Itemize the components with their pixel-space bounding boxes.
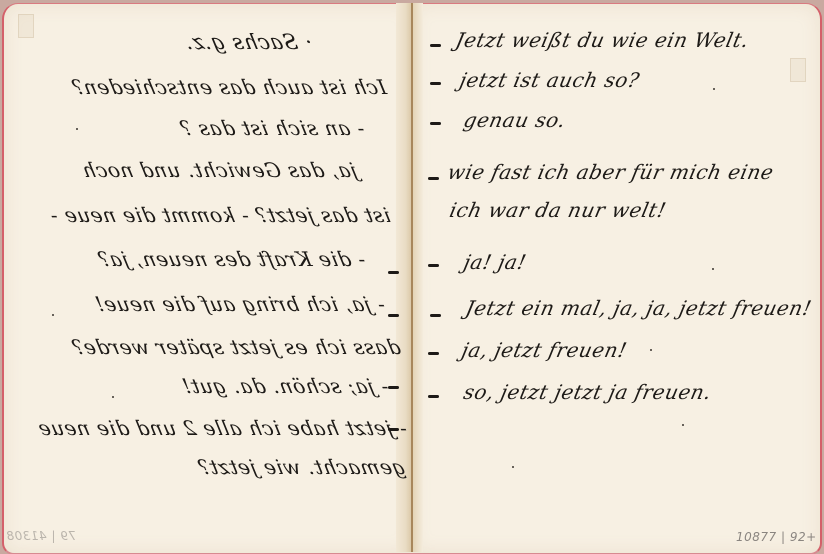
right-dash-4 [428,177,439,180]
gutter-shadow-right [413,3,423,552]
right-dash-8 [428,352,439,355]
ink-speck [713,88,715,90]
left-dash-6 [388,271,399,274]
left-dash-9 [388,386,399,389]
left-line-6: - die Kraft des neuen, ja? [95,247,367,271]
left-line-10: - jetzt habe ich alle 2 und die neue [35,416,409,440]
right-dash-6 [428,264,439,267]
right-line-2: jetzt ist auch so? [457,68,641,92]
right-dash-9 [428,395,439,398]
right-line-3: genau so. [461,108,568,132]
right-dash-1 [430,44,441,47]
archive-number-left: 79 | 41308 [6,529,76,543]
right-line-4: wie fast ich aber für mich eine [445,160,776,184]
left-dash-7 [388,314,399,317]
ink-speck [112,396,114,398]
right-dash-2 [430,82,441,85]
ink-speck [52,314,54,316]
notebook-spread: · Sachs g.z. Ich ist auch das entschiede… [0,0,824,554]
right-line-9: so, jetzt jetzt ja freuen. [461,380,713,404]
left-line-5: ist das jetzt? - kommt die neue - [47,203,392,227]
right-line-6: ja! ja! [461,250,528,274]
right-line-1: Jetzt weißt du wie ein Welt. [453,28,751,52]
left-line-8: dass ich es jetzt später werde? [69,335,402,359]
archive-number-right: 10877 | 92+ [736,530,817,544]
right-dash-3 [430,122,441,125]
right-line-8: ja, jetzt freuen! [459,338,629,362]
left-line-1: · Sachs g.z. [182,30,314,54]
ink-speck [76,128,78,130]
faded-stamp-left [18,14,34,38]
left-line-4: ja, das Gewicht. und noch [79,158,359,182]
left-line-11: gemacht. wie jetzt? [195,455,407,479]
right-line-7: Jetzt ein mal, ja, ja, jetzt freuen! [463,296,814,320]
right-dash-7 [430,314,441,317]
left-line-2: Ich ist auch das entschieden? [69,75,388,99]
left-line-7: - ja, ich bring auf die neue! [92,292,387,316]
ink-speck [650,349,652,351]
left-line-9: - ja; schön. da. gut! [179,374,390,398]
ink-speck [682,424,684,426]
left-line-3: - an sich ist das ? [177,116,366,140]
faded-stamp-right [790,58,806,82]
right-line-5: ich war da nur welt! [447,198,668,222]
left-dash-10 [388,428,399,431]
ink-speck [512,466,514,468]
ink-speck [712,268,714,270]
